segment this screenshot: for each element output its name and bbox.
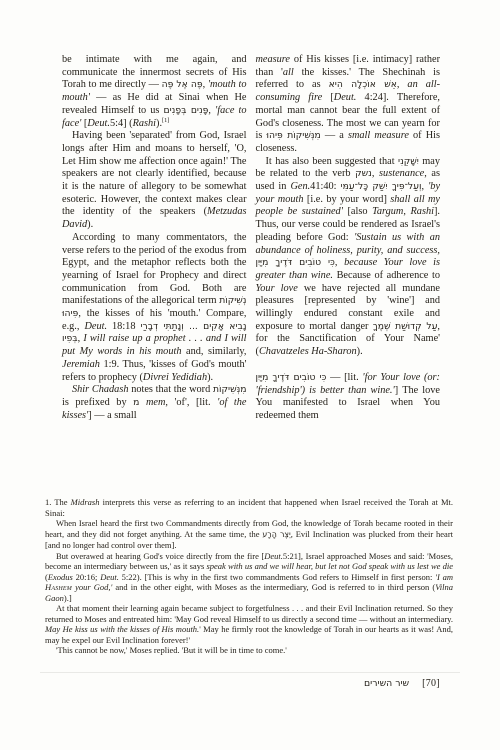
hebrew-phrase: יֵצֶר הָרָע (262, 530, 290, 539)
text-run: — [lit. (326, 372, 362, 383)
footnote-marker: [1] (162, 117, 169, 124)
hebrew-phrase: מִנְּשִׁיקוֹת (213, 384, 247, 395)
italic-text: Shir Chadash (72, 384, 129, 395)
italic-text: Chavatzeles Ha-Sharon (259, 346, 357, 357)
text-run: and in the other eight, with Moses as th… (112, 582, 435, 592)
right-column: measure of His kisses [i.e. intimacy] ra… (256, 54, 441, 423)
paragraph: It has also been suggested that יִשָּׁקֵ… (256, 156, 441, 359)
text-run: [also (343, 206, 372, 217)
footer-divider (40, 672, 460, 673)
italic-text: Divrei Yedidiah (143, 372, 207, 383)
hebrew-phrase: פָּנִים בְּפָנִים (164, 105, 209, 116)
text-run: 1. The (45, 497, 71, 507)
italic-text: sustenance (379, 168, 424, 179)
paragraph: 'This cannot be now,' Moses replied. 'Bu… (45, 645, 453, 656)
text-run: [ (322, 92, 334, 103)
italic-text: Rashi (133, 118, 156, 129)
text-run: Having been 'separated' from God, Israel… (62, 130, 247, 217)
text-run: ). (357, 346, 363, 357)
text-run: Because of adherence to (333, 270, 440, 281)
paragraph: 1. The Midrash interprets this verse as … (45, 497, 453, 518)
text-run: 5:4] ( (110, 118, 133, 129)
text-run: ). (87, 219, 93, 230)
italic-text: your God,' (72, 582, 112, 592)
paragraph: According to many commentators, the vers… (62, 232, 247, 384)
text-run: It has also been suggested that (266, 156, 399, 167)
text-run: , (335, 257, 344, 268)
page-footer: שיר השירים [70] (364, 678, 440, 689)
italic-text: Deut. (100, 572, 119, 582)
italic-text: small measure (348, 130, 409, 141)
footnote-section: 1. The Midrash interprets this verse as … (45, 497, 453, 656)
italic-text: Gen. (290, 181, 310, 192)
hebrew-book-title: שיר השירים (364, 678, 409, 689)
italic-text: May He kiss us with the kisses of His mo… (45, 624, 199, 634)
text-run: interprets this verse as referring to an… (45, 497, 453, 518)
paragraph: כִּי טוֹבִים דֹּדֶיךָ מִיָּיִן — [lit. '… (256, 372, 441, 423)
paragraph: Having been 'separated' from God, Israel… (62, 130, 247, 232)
italic-text: 'I am (435, 572, 453, 582)
text-run: 41:40: (310, 181, 340, 192)
italic-text: all (283, 67, 294, 78)
left-column: be intimate with me again, and communica… (62, 54, 247, 423)
divine-name-smallcaps: Hashem (45, 582, 72, 592)
paragraph: Shir Chadash notes that the word מִנְּשִ… (62, 384, 247, 422)
hebrew-phrase: וְעַל־פִּיךָ יִשַּׁק כָּל־עַמִּי (341, 181, 422, 192)
italic-text: Jeremiah (62, 359, 100, 370)
hebrew-phrase: אֵשׁ אוֹכְלָה הִיא (329, 79, 397, 90)
text-run: ] — a small (88, 410, 136, 421)
italic-text: Deut. (87, 118, 110, 129)
italic-text: measure (256, 54, 291, 65)
main-text-columns: be intimate with me again, and communica… (62, 54, 440, 423)
italic-text: Targum (372, 206, 403, 217)
text-run: 'This cannot be now,' Moses replied. 'Bu… (56, 645, 287, 655)
paragraph: measure of His kisses [i.e. intimacy] ra… (256, 54, 441, 156)
italic-text: Deut. (264, 551, 283, 561)
italic-text: speak with us and we will hear, but let … (206, 561, 453, 571)
hebrew-phrase: מִנְּשִׁיקוֹת פִּיהוּ (266, 130, 320, 141)
italic-text: Deut. (84, 321, 107, 332)
hebrew-phrase: כִּי טוֹבִים דֹּדֶיךָ מִיָּיִן (256, 372, 327, 383)
italic-text: mem (146, 397, 165, 408)
paragraph: When Israel heard the first two Commandm… (45, 518, 453, 551)
text-run: and, similarly, (181, 346, 246, 357)
hebrew-phrase: נשק (355, 168, 372, 179)
italic-text: Rashi (411, 206, 434, 217)
text-run: 20:16; (73, 572, 100, 582)
text-run: , (372, 168, 379, 179)
text-run: ).] (64, 593, 72, 603)
text-run: notes that the word (129, 384, 213, 395)
text-run: But overawed at hearing God's voice dire… (56, 551, 264, 561)
text-run: 18:18 (107, 321, 140, 332)
text-run: , (397, 79, 408, 90)
page-number: [70] (422, 678, 440, 689)
text-run: — a (321, 130, 348, 141)
text-run: , (403, 206, 410, 217)
paragraph: be intimate with me again, and communica… (62, 54, 247, 130)
italic-text: Deut. (334, 92, 357, 103)
hebrew-phrase: פֶּה אֶל פֶּה (162, 79, 203, 90)
text-run: is prefixed by (62, 397, 133, 408)
paragraph: At that moment their learning again beca… (45, 603, 453, 645)
text-run: 5:22). [This is why in the first two com… (119, 572, 435, 582)
hebrew-phrase: כִּי טוֹבִים דֹּדֶיךָ מִיָּיִן (256, 257, 335, 268)
text-run: ). (207, 372, 213, 383)
italic-text: Your love (256, 283, 298, 294)
text-run: At that moment their learning again beca… (45, 603, 453, 624)
book-page: be intimate with me again, and communica… (0, 0, 500, 750)
text-run: , 'of', [lit. (165, 397, 217, 408)
italic-text: Midrash (71, 497, 100, 507)
text-run: [i.e. by your word] (304, 194, 391, 205)
paragraph: But overawed at hearing God's voice dire… (45, 551, 453, 604)
hebrew-phrase: עַל קְדוּשַׁת שְׁמֶךָ (373, 321, 438, 332)
italic-text: Exodus (48, 572, 73, 582)
hebrew-phrase: יִשָּׁקֵנִי (398, 156, 419, 167)
